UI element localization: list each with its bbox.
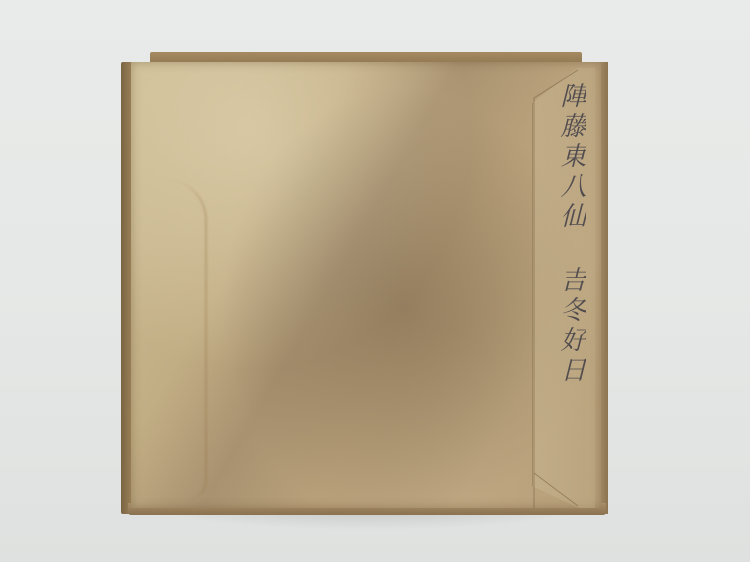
label-line-2: 吉冬好日: [556, 266, 586, 386]
water-stain: [145, 180, 207, 500]
label-line-1: 陣藤東八仙: [556, 82, 586, 232]
handwritten-label: 陣藤東八仙吉冬好日: [540, 82, 590, 482]
